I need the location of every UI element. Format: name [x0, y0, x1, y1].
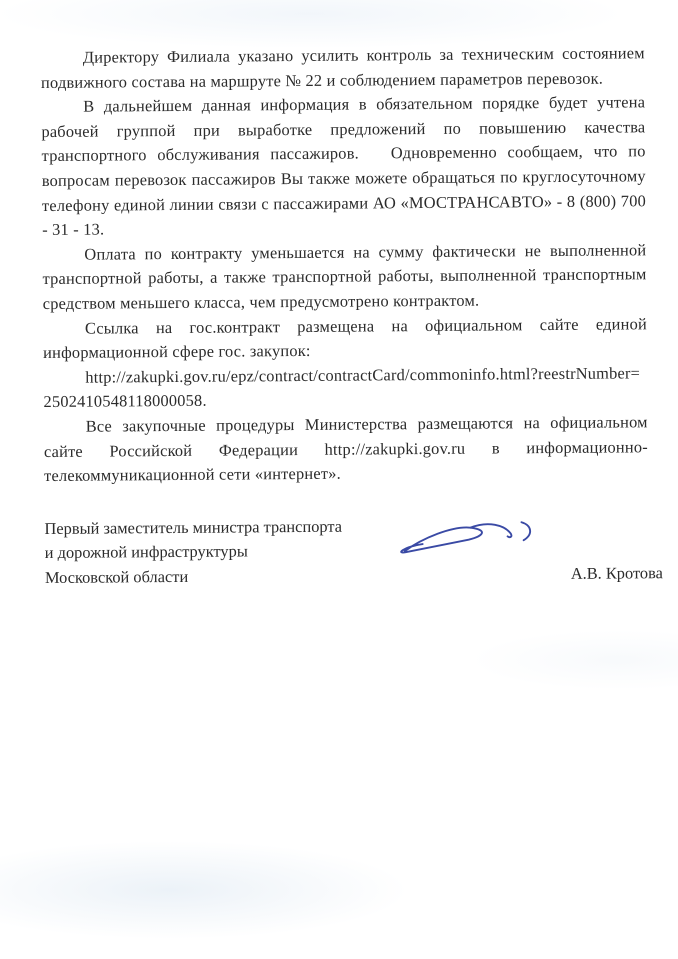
- signatory-title-line-3: Московской области: [45, 563, 385, 590]
- contract-url: http://zakupki.gov.ru/epz/contract/contr…: [43, 361, 647, 415]
- paragraph-contract-link-intro: Ссылка на гос.контракт размещена на офиц…: [43, 312, 647, 366]
- signature-block: Первый заместитель министра транспорта и…: [44, 512, 649, 591]
- paragraph-control-measures: Директору Филиала указано усилить контро…: [41, 41, 645, 95]
- handwritten-signature-ink: [392, 517, 542, 564]
- paragraph-procurement-site: Все закупочные процедуры Министерства ра…: [44, 410, 649, 489]
- signatory-name: А.В. Кротова: [571, 564, 663, 585]
- signatory-title-line-2: и дорожной инфраструктуры: [45, 539, 385, 566]
- paragraph-contract-payment: Оплата по контракту уменьшается на сумму…: [42, 238, 647, 317]
- signatory-title: Первый заместитель министра транспорта и…: [44, 514, 385, 590]
- letter-body: Директору Филиала указано усилить контро…: [41, 41, 649, 590]
- paragraph-working-group-hotline: В дальнейшем данная информация в обязате…: [41, 90, 646, 242]
- signature-area: А.В. Кротова: [384, 512, 649, 588]
- signatory-title-line-1: Первый заместитель министра транспорта: [44, 514, 384, 541]
- scanned-letter-page: Директору Филиала указано усилить контро…: [0, 0, 678, 959]
